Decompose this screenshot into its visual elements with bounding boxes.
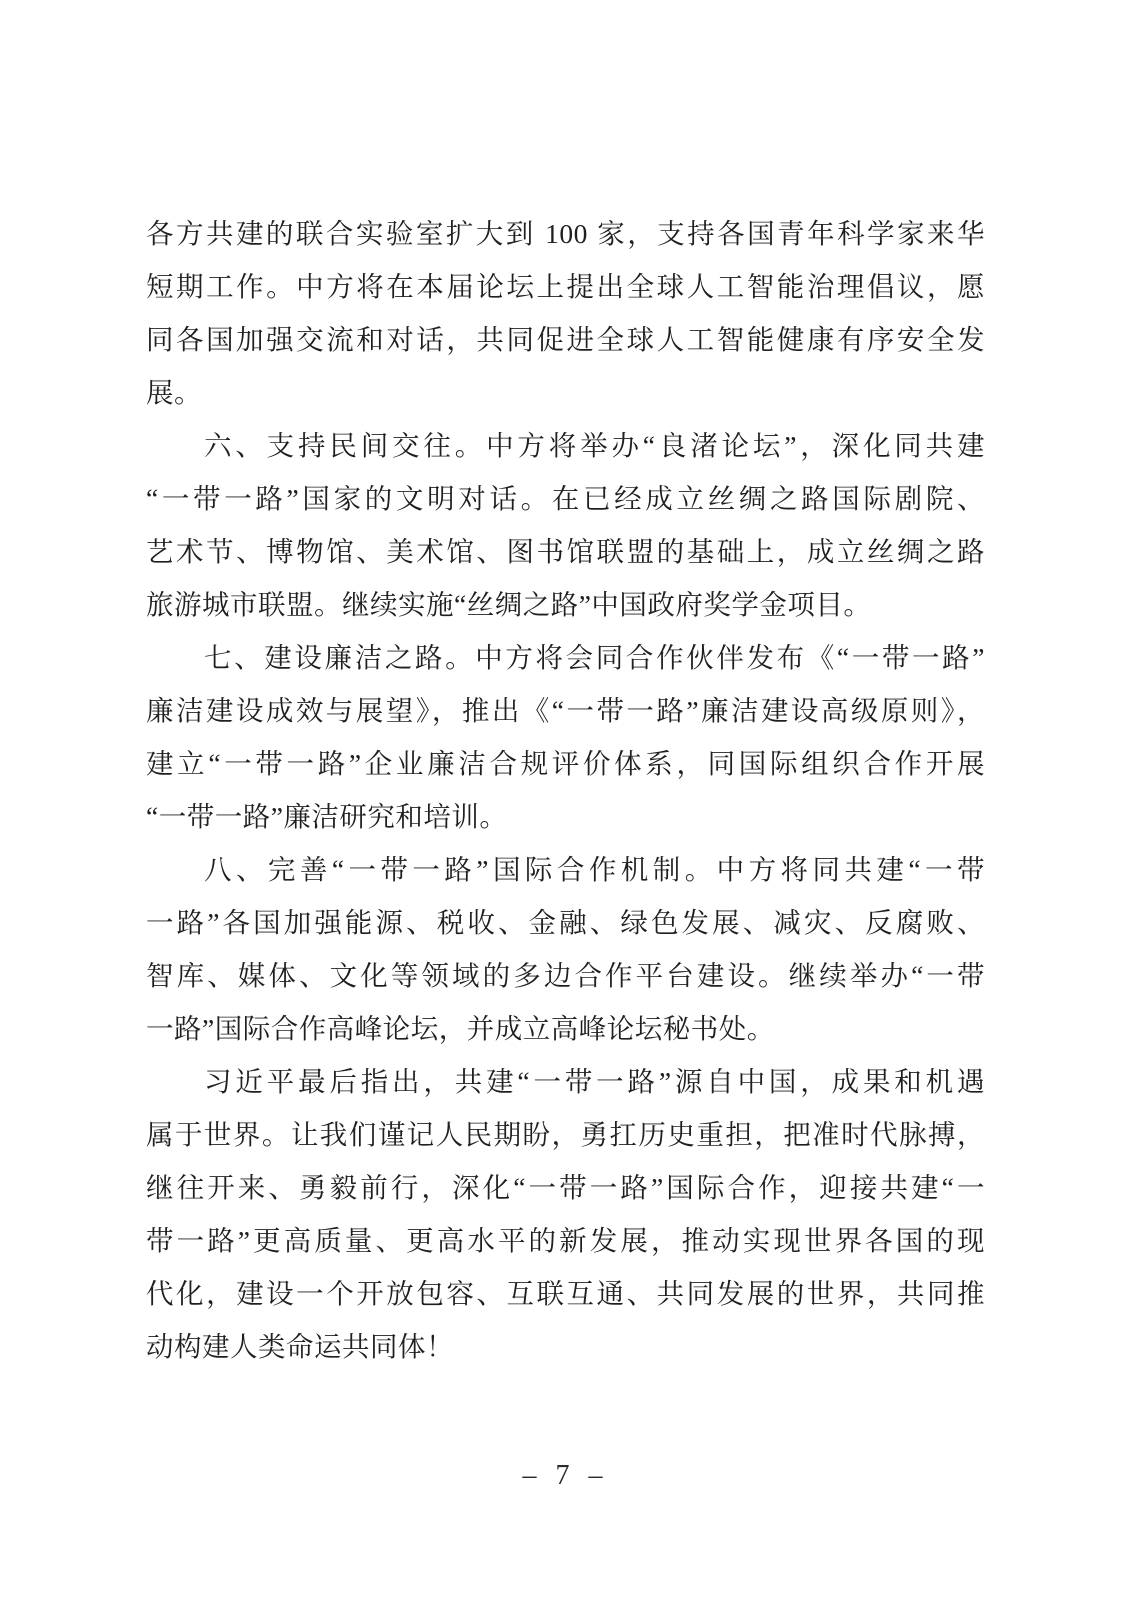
document-page: 各方共建的联合实验室扩大到 100 家，支持各国青年科学家来华短期工作。中方将在… xyxy=(0,0,1131,1600)
text-line: 带一路”更高质量、更高水平的新发展，推动实现世界各国的现 xyxy=(146,1214,985,1267)
text-line: 艺术节、博物馆、美术馆、图书馆联盟的基础上，成立丝绸之路 xyxy=(146,525,985,578)
text-line: 旅游城市联盟。继续实施“丝绸之路”中国政府奖学金项目。 xyxy=(146,578,985,631)
text-line: “一带一路”廉洁研究和培训。 xyxy=(146,790,985,843)
text-line: 代化，建设一个开放包容、互联互通、共同发展的世界，共同推 xyxy=(146,1267,985,1320)
text-line: 短期工作。中方将在本届论坛上提出全球人工智能治理倡议，愿 xyxy=(146,260,985,313)
text-line: 八、完善“一带一路”国际合作机制。中方将同共建“一带 xyxy=(146,843,985,896)
text-line: 一路”国际合作高峰论坛，并成立高峰论坛秘书处。 xyxy=(146,1002,985,1055)
text-line: 各方共建的联合实验室扩大到 100 家，支持各国青年科学家来华 xyxy=(146,207,985,260)
page-number: – 7 – xyxy=(146,1449,985,1502)
text-line: 智库、媒体、文化等领域的多边合作平台建设。继续举办“一带 xyxy=(146,949,985,1002)
text-line: 建立“一带一路”企业廉洁合规评价体系，同国际组织合作开展 xyxy=(146,737,985,790)
text-line: 同各国加强交流和对话，共同促进全球人工智能健康有序安全发 xyxy=(146,313,985,366)
text-line: 展。 xyxy=(146,366,985,419)
text-line: 七、建设廉洁之路。中方将会同合作伙伴发布《“一带一路” xyxy=(146,631,985,684)
text-line: 习近平最后指出，共建“一带一路”源自中国，成果和机遇 xyxy=(146,1055,985,1108)
text-line: 六、支持民间交往。中方将举办“良渚论坛”，深化同共建 xyxy=(146,419,985,472)
text-line: 继往开来、勇毅前行，深化“一带一路”国际合作，迎接共建“一 xyxy=(146,1161,985,1214)
document-body: 各方共建的联合实验室扩大到 100 家，支持各国青年科学家来华短期工作。中方将在… xyxy=(146,207,985,1373)
text-line: 一路”各国加强能源、税收、金融、绿色发展、减灾、反腐败、 xyxy=(146,896,985,949)
text-line: 动构建人类命运共同体！ xyxy=(146,1320,985,1373)
text-line: “一带一路”国家的文明对话。在已经成立丝绸之路国际剧院、 xyxy=(146,472,985,525)
text-line: 属于世界。让我们谨记人民期盼，勇扛历史重担，把准时代脉搏， xyxy=(146,1108,985,1161)
text-line: 廉洁建设成效与展望》，推出《“一带一路”廉洁建设高级原则》， xyxy=(146,684,985,737)
